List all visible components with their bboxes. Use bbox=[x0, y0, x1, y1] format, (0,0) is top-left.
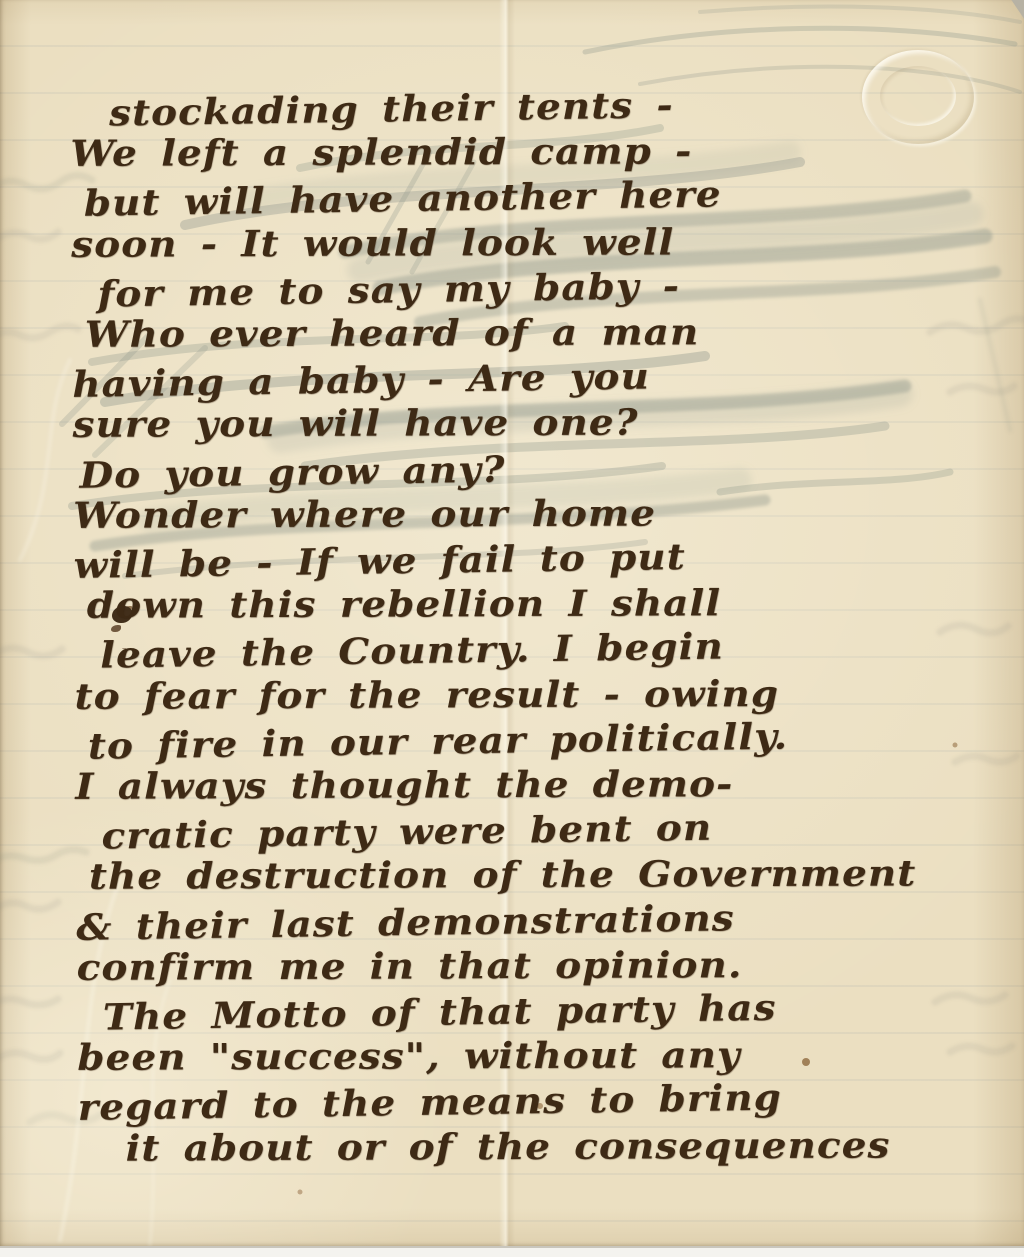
handwriting-line: it about or of the consequences bbox=[125, 1123, 1024, 1172]
handwriting-line: leave the Country. I begin bbox=[100, 621, 1024, 680]
scan-bottom-edge bbox=[0, 1246, 1024, 1257]
scan-corner-notch bbox=[994, 0, 1024, 24]
handwriting-line: but will have another here bbox=[83, 168, 1021, 227]
letter-page: stockading their tents -We left a splend… bbox=[0, 0, 1024, 1246]
handwriting-block: stockading their tents -We left a splend… bbox=[70, 82, 1024, 1173]
